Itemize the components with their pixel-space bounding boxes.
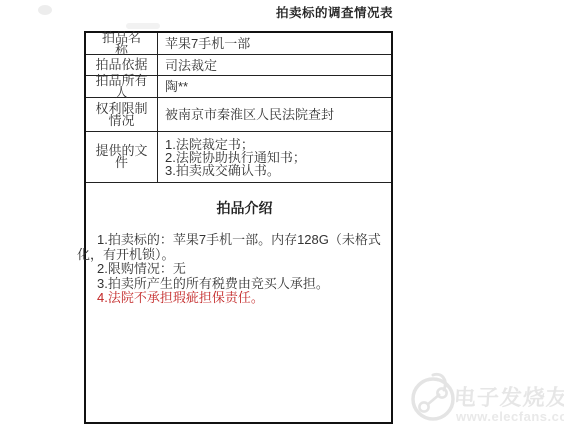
scan-artifact — [38, 5, 52, 15]
intro-line-2: 2.限购情况：无 — [77, 262, 393, 277]
page-title: 拍卖标的调查情况表 — [276, 3, 393, 21]
label-provided-documents: 提供的文 件 — [86, 132, 158, 182]
watermark-brand-text: 电子发烧友 — [453, 385, 564, 410]
intro-line-1-wrap: 化，有开机锁）。 — [77, 248, 393, 263]
intro-line-3: 3.拍卖所产生的所有税费由竞买人承担。 — [77, 277, 393, 292]
value-item-basis: 司法裁定 — [158, 55, 391, 75]
auction-info-table: 拍品名 称 苹果7手机一部 拍品依据 司法裁定 拍品所有 人 陶** 权利限制 … — [84, 31, 393, 424]
scan-artifact — [126, 23, 160, 29]
label-item-basis: 拍品依据 — [86, 55, 158, 75]
item-intro-section: 拍品介绍 1.拍卖标的：苹果7手机一部。内存128G（未格式 化，有开机锁）。 … — [86, 183, 391, 422]
intro-body: 1.拍卖标的：苹果7手机一部。内存128G（未格式 化，有开机锁）。 2.限购情… — [77, 233, 393, 306]
label-rights-restriction: 权利限制 情况 — [86, 98, 158, 131]
table-row: 拍品名 称 苹果7手机一部 — [86, 33, 391, 55]
table-row: 提供的文 件 1.法院裁定书； 2.法院协助执行通知书； 3.拍卖成交确认书。 — [86, 132, 391, 183]
label-item-owner: 拍品所有 人 — [86, 76, 158, 97]
table-row: 拍品所有 人 陶** — [86, 76, 391, 98]
elecfans-logo-icon: 电子发烧友 www.elecfans.com — [406, 368, 564, 426]
label-item-name: 拍品名 称 — [86, 33, 158, 54]
value-item-name: 苹果7手机一部 — [158, 33, 391, 54]
intro-line-disclaimer-red: 4.法院不承担瑕疵担保责任。 — [77, 291, 393, 306]
value-rights-restriction: 被南京市秦淮区人民法院查封 — [158, 98, 391, 131]
intro-heading: 拍品介绍 — [86, 198, 391, 218]
watermark: 电子发烧友 www.elecfans.com — [406, 368, 564, 426]
intro-line-1: 1.拍卖标的：苹果7手机一部。内存128G（未格式 — [77, 233, 393, 248]
value-provided-documents: 1.法院裁定书； 2.法院协助执行通知书； 3.拍卖成交确认书。 — [158, 132, 391, 182]
table-row: 权利限制 情况 被南京市秦淮区人民法院查封 — [86, 98, 391, 132]
value-item-owner: 陶** — [158, 76, 391, 97]
watermark-url-text: www.elecfans.com — [455, 409, 564, 424]
